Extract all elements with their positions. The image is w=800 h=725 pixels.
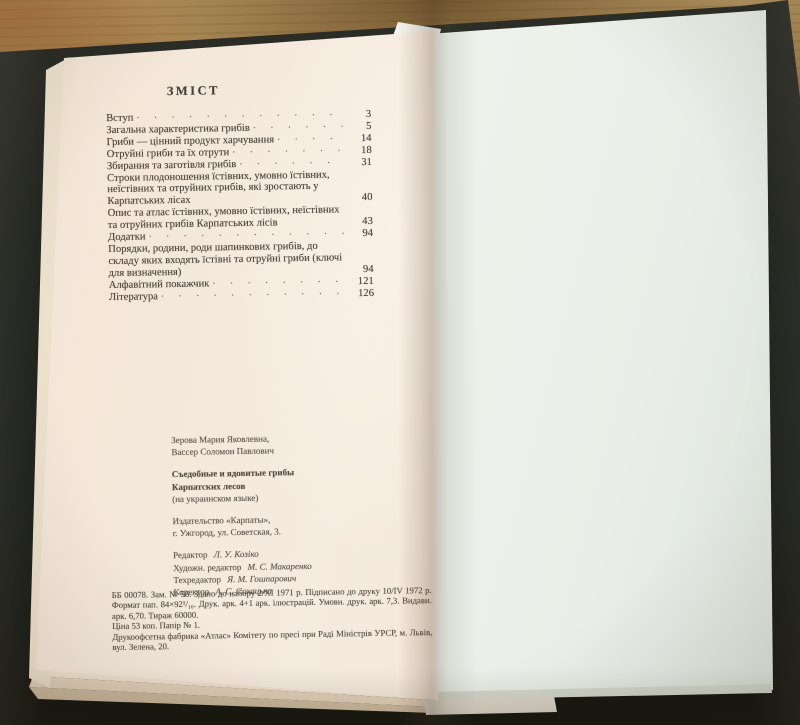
- photo-vignette: [0, 0, 800, 725]
- book-photo: ЗМІСТ Вступ 3 Загальна характеристика гр…: [0, 0, 800, 725]
